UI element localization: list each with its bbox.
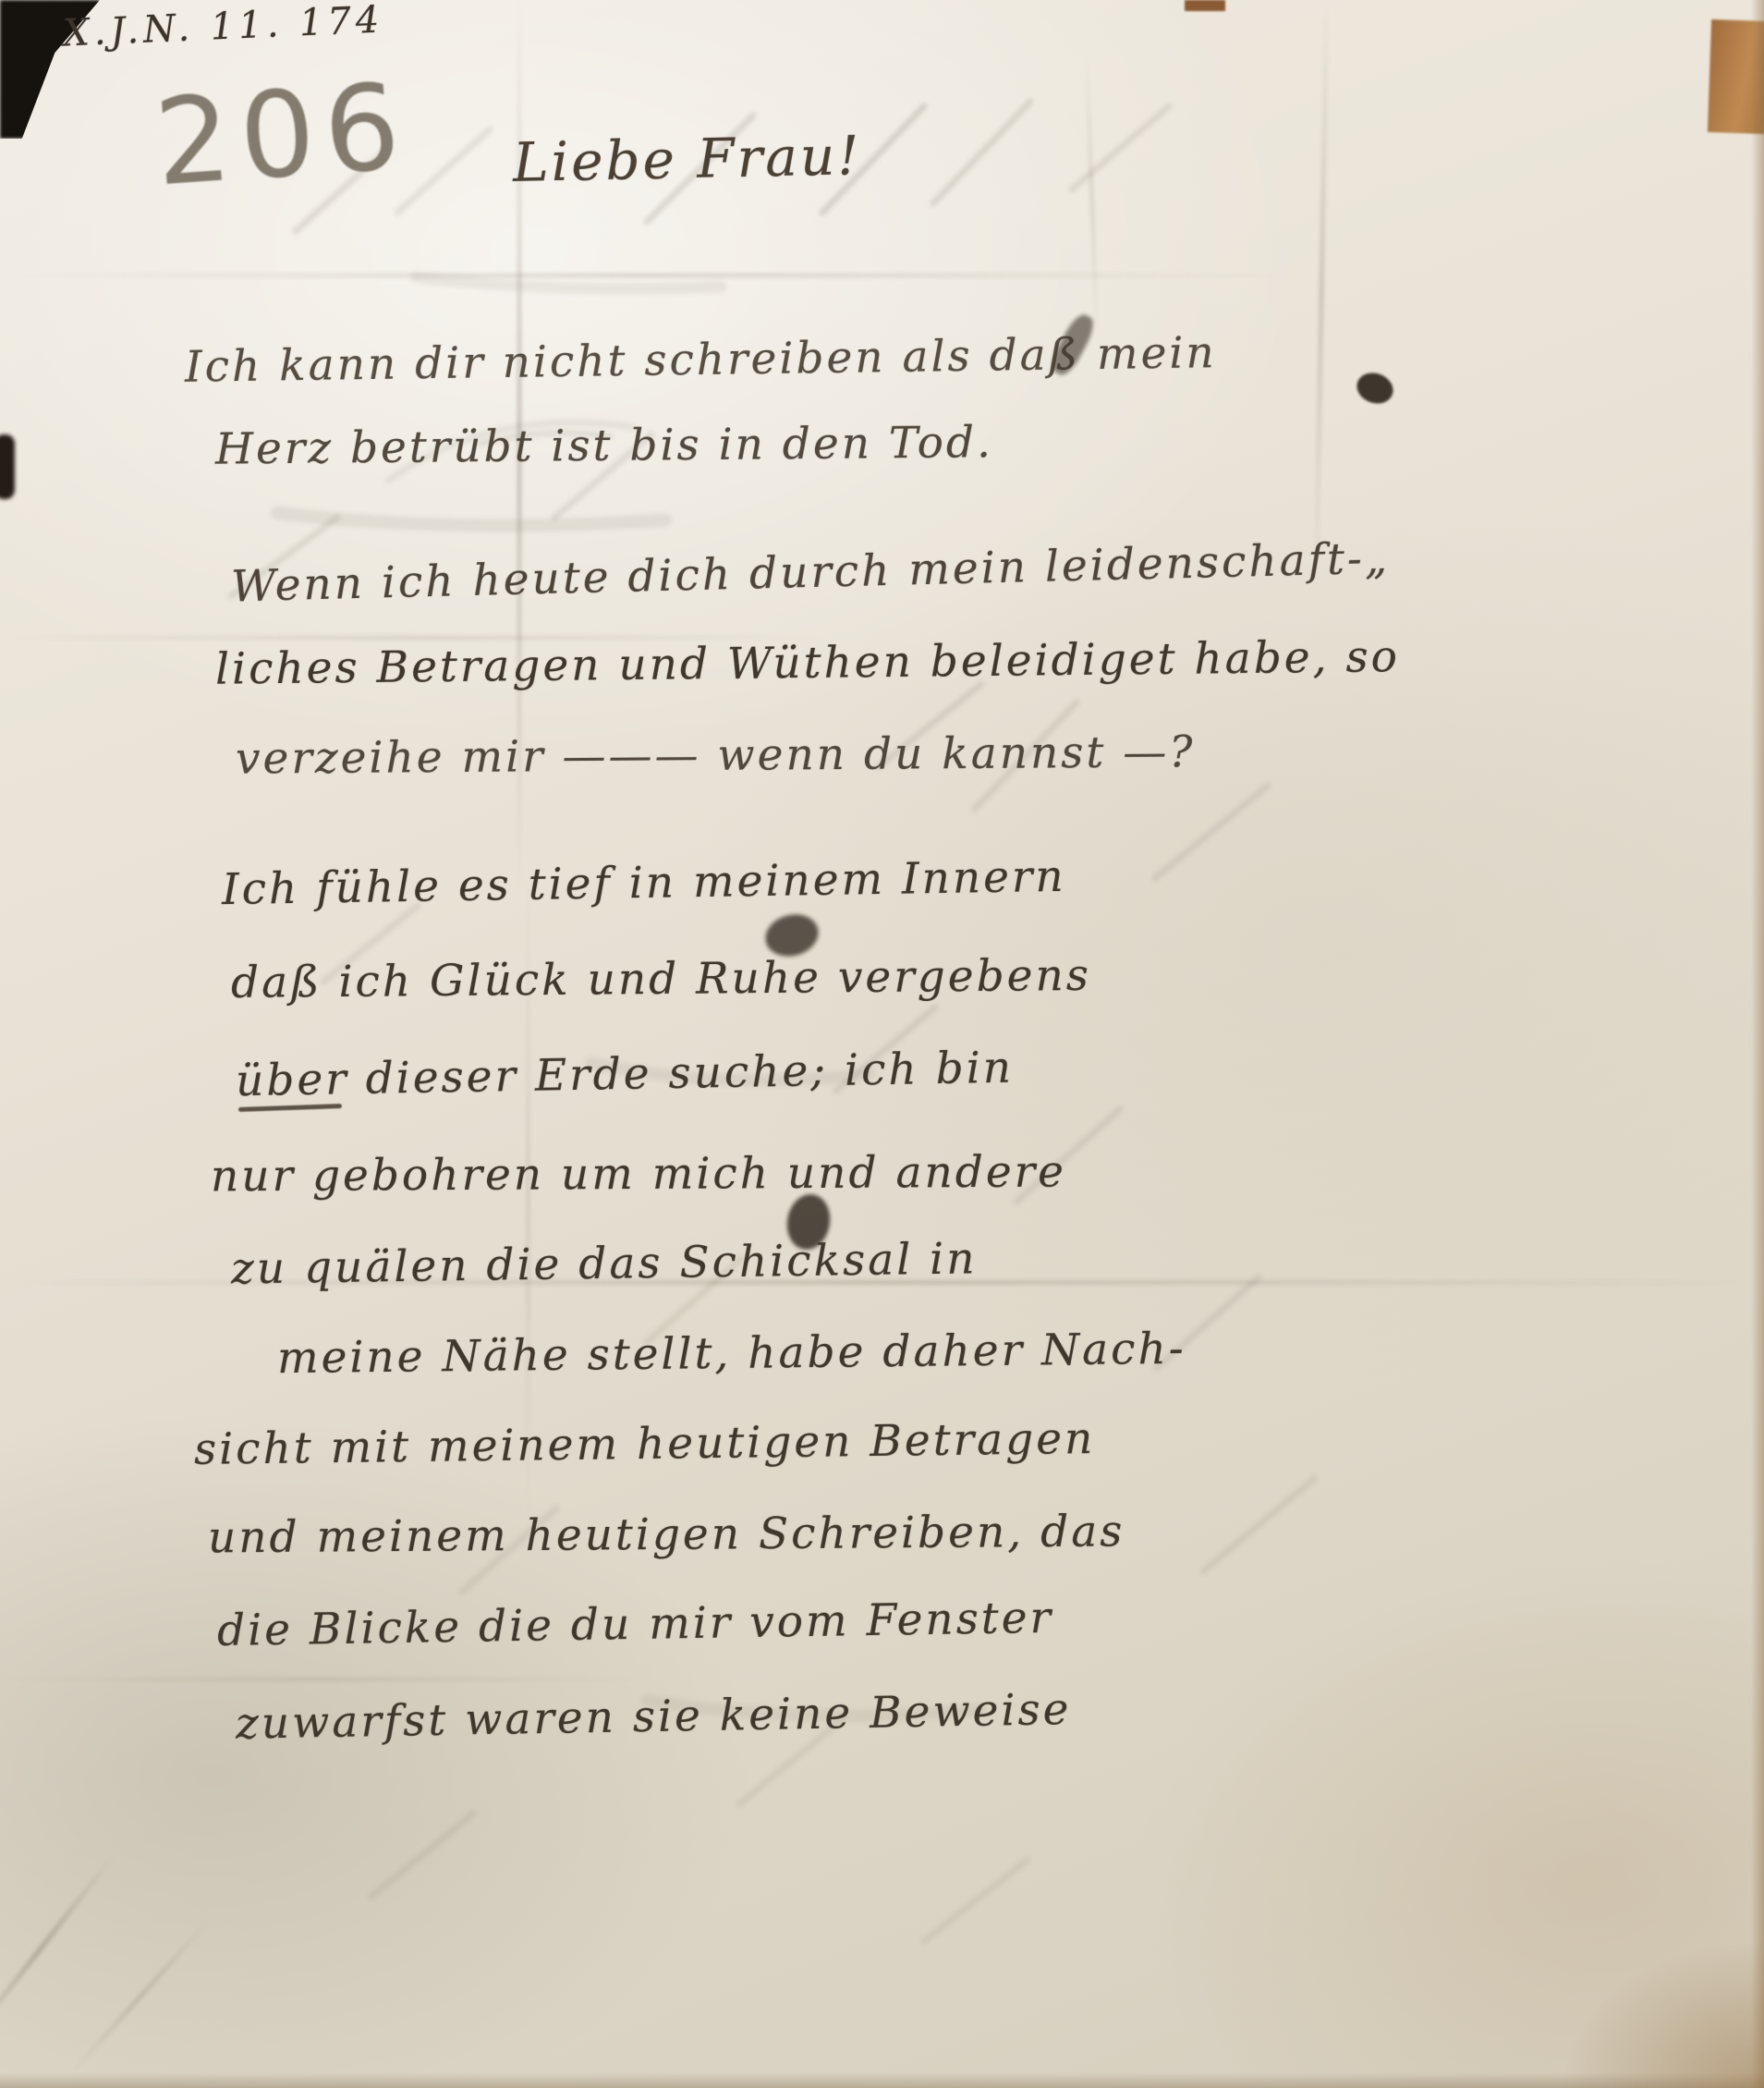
mount-clip-mark bbox=[0, 434, 15, 499]
letter-line: Herz betrübt ist bis in den Tod. bbox=[215, 417, 993, 474]
letter-line: nur gebohren um mich und andere bbox=[211, 1147, 1066, 1203]
letter-photograph: X.J.N. 11. 174 206 Liebe Frau! Ich kann … bbox=[0, 0, 1764, 2088]
paper-edge-shadow bbox=[0, 2073, 1764, 2088]
crease-line bbox=[0, 274, 1294, 277]
paper-edge-shadow bbox=[1751, 0, 1764, 2088]
letter-line: zu quälen die das Schicksal in bbox=[231, 1233, 978, 1294]
letter-line: und meinem heutigen Schreiben, das bbox=[208, 1507, 1125, 1564]
pencil-page-number: 206 bbox=[151, 58, 413, 214]
letter-line: verzeihe mir ——— wenn du kannst —? bbox=[236, 727, 1196, 784]
letter-line: meine Nähe stellt, habe daher Nach- bbox=[277, 1324, 1186, 1384]
letter-salutation: Liebe Frau! bbox=[512, 124, 862, 194]
tape-speck bbox=[1185, 0, 1225, 11]
letter-line: daß ich Glück und Ruhe vergebens bbox=[231, 950, 1091, 1008]
paper-corner-discoloration bbox=[1561, 1940, 1764, 2088]
crease-line bbox=[0, 1678, 647, 1681]
